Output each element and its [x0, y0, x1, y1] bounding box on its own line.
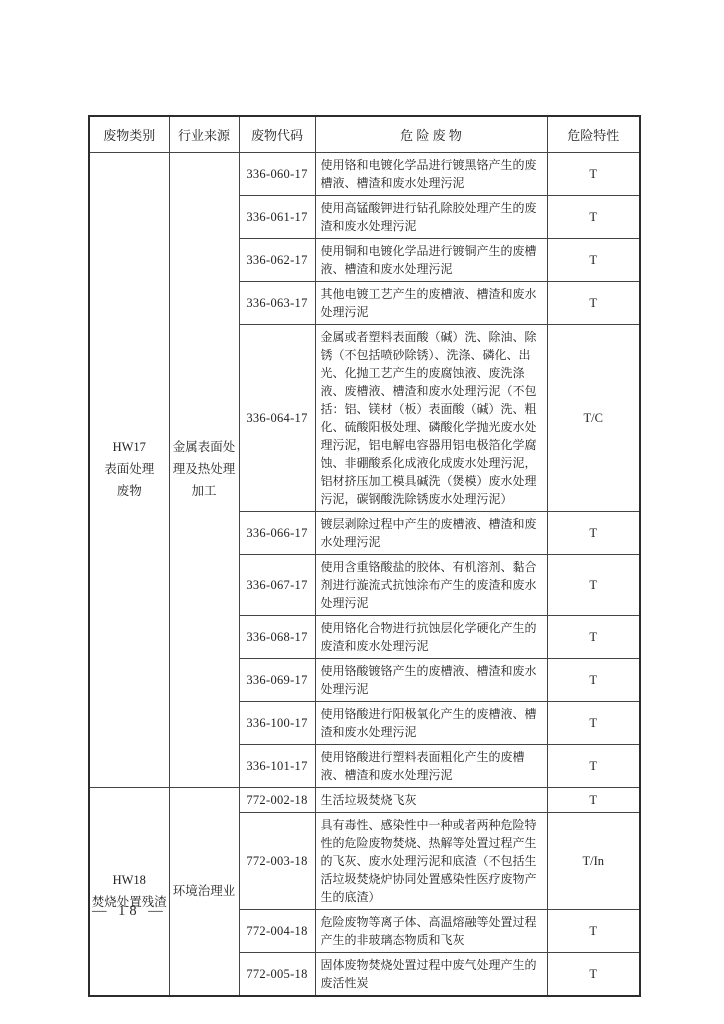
waste-description: 使用铬化合物进行抗蚀层化学硬化产生的废渣和废水处理污泥	[315, 616, 547, 659]
waste-description: 使用铬和电镀化学品进行镀黑铬产生的废槽液、槽渣和废水处理污泥	[315, 153, 547, 196]
hazard-property: T	[547, 910, 640, 953]
waste-code: 336-069-17	[239, 659, 315, 702]
waste-code: 336-066-17	[239, 512, 315, 555]
hazard-property: T	[547, 659, 640, 702]
waste-description: 金属或者塑料表面酸（碱）洗、除油、除锈（不包括喷砂除锈）、洗涤、磷化、出光、化抛…	[315, 325, 547, 512]
waste-code: 336-067-17	[239, 555, 315, 616]
waste-code: 772-004-18	[239, 910, 315, 953]
waste-code: 772-005-18	[239, 953, 315, 997]
waste-code: 336-068-17	[239, 616, 315, 659]
waste-description: 使用高锰酸钾进行钻孔除胶处理产生的废渣和废水处理污泥	[315, 196, 547, 239]
waste-code: 336-060-17	[239, 153, 315, 196]
hazard-property: T/C	[547, 325, 640, 512]
waste-code: 336-064-17	[239, 325, 315, 512]
waste-description: 其他电镀工艺产生的废槽液、槽渣和废水处理污泥	[315, 282, 547, 325]
hazard-property: T	[547, 788, 640, 813]
header-waste-category: 废物类别	[89, 116, 169, 153]
waste-description: 使用含重铬酸盐的胶体、有机溶剂、黏合剂进行漩流式抗蚀涂布产生的废渣和废水处理污泥	[315, 555, 547, 616]
hazard-property: T	[547, 153, 640, 196]
hazard-property: T	[547, 512, 640, 555]
hazard-property: T	[547, 555, 640, 616]
waste-description: 使用铬酸镀铬产生的废槽液、槽渣和废水处理污泥	[315, 659, 547, 702]
table-row: HW18 焚烧处置残渣 环境治理业 772-002-18 生活垃圾焚烧飞灰 T	[89, 788, 640, 813]
waste-description: 固体废物焚烧处置过程中废气处理产生的废活性炭	[315, 953, 547, 997]
waste-description: 使用铬酸进行塑料表面粗化产生的废槽液、槽渣和废水处理污泥	[315, 745, 547, 788]
waste-code: 772-003-18	[239, 813, 315, 910]
hazard-property: T	[547, 239, 640, 282]
waste-description: 生活垃圾焚烧飞灰	[315, 788, 547, 813]
waste-description: 镀层剥除过程中产生的废槽液、槽渣和废水处理污泥	[315, 512, 547, 555]
hw18-industry-cell: 环境治理业	[169, 788, 239, 997]
document-page: 废物类别 行业来源 废物代码 危 险 废 物 危险特性 HW17 表面处理 废物…	[0, 0, 724, 1024]
hazardous-waste-table: 废物类别 行业来源 废物代码 危 险 废 物 危险特性 HW17 表面处理 废物…	[88, 115, 641, 997]
header-waste-code: 废物代码	[239, 116, 315, 153]
hw17-industry-cell: 金属表面处理及热处理加工	[169, 153, 239, 788]
hazard-property: T	[547, 745, 640, 788]
hazard-property: T	[547, 953, 640, 997]
hw17-category-cell: HW17 表面处理 废物	[89, 153, 169, 788]
hw18-category-cell: HW18 焚烧处置残渣	[89, 788, 169, 997]
waste-description: 使用铬酸进行阳极氧化产生的废槽液、槽渣和废水处理污泥	[315, 702, 547, 745]
waste-code: 336-061-17	[239, 196, 315, 239]
waste-description: 使用铜和电镀化学品进行镀铜产生的废槽液、槽渣和废水处理污泥	[315, 239, 547, 282]
hazard-property: T/In	[547, 813, 640, 910]
waste-code: 336-101-17	[239, 745, 315, 788]
hazard-property: T	[547, 282, 640, 325]
waste-code: 336-063-17	[239, 282, 315, 325]
waste-code: 772-002-18	[239, 788, 315, 813]
hazard-property: T	[547, 702, 640, 745]
waste-description: 具有毒性、感染性中一种或者两种危险特性的危险废物焚烧、热解等处置过程产生的飞灰、…	[315, 813, 547, 910]
hazard-property: T	[547, 616, 640, 659]
waste-description: 危险废物等离子体、高温熔融等处置过程产生的非玻璃态物质和飞灰	[315, 910, 547, 953]
waste-code: 336-100-17	[239, 702, 315, 745]
hazard-property: T	[547, 196, 640, 239]
table-row: HW17 表面处理 废物 金属表面处理及热处理加工 336-060-17 使用铬…	[89, 153, 640, 196]
table-header-row: 废物类别 行业来源 废物代码 危 险 废 物 危险特性	[89, 116, 640, 153]
header-hazard-property: 危险特性	[547, 116, 640, 153]
header-hazardous-waste: 危 险 废 物	[315, 116, 547, 153]
page-number: — 18 —	[92, 903, 167, 920]
header-industry-source: 行业来源	[169, 116, 239, 153]
waste-code: 336-062-17	[239, 239, 315, 282]
